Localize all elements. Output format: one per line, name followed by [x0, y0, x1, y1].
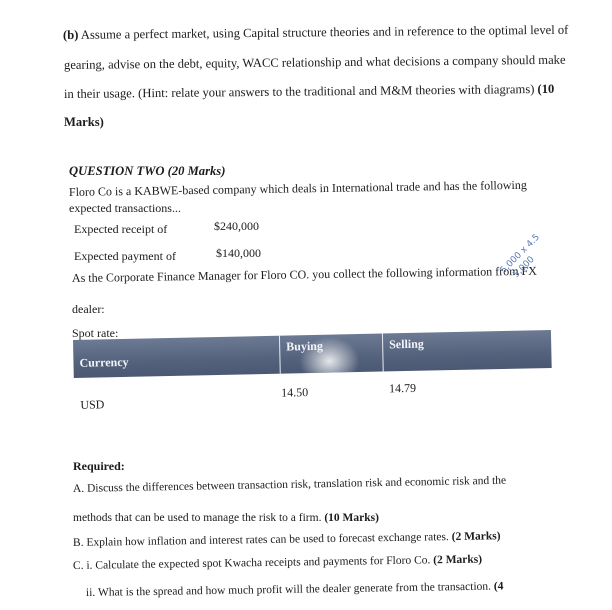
item-c-i-marks: (2 Marks): [433, 554, 482, 567]
header-currency: Currency: [73, 336, 280, 378]
question-two-heading: QUESTION TWO (20 Marks): [69, 164, 225, 179]
item-c-ii-marks: (4: [494, 580, 504, 592]
required-heading: Required:: [73, 459, 125, 474]
manager-line-1: As the Corporate Finance Manager for Flo…: [72, 264, 537, 286]
item-b: B. Explain how inflation and interest ra…: [73, 530, 501, 549]
cell-buying: 14.50: [281, 385, 308, 401]
item-a-line-1: A. Discuss the differences between trans…: [73, 475, 506, 495]
spot-rate-table: Currency Buying Selling USD 14.50 14.79: [73, 330, 552, 380]
part-b-line-2: gearing, advise on the debt, equity, WAC…: [64, 53, 566, 73]
part-b-marks-continued: Marks): [64, 115, 104, 130]
cell-selling: 14.79: [389, 381, 416, 397]
item-a-text-2: methods that can be used to manage the r…: [73, 512, 324, 524]
part-b-marks: (10: [537, 82, 554, 96]
exam-page: (b) Assume a perfect market, using Capit…: [0, 0, 612, 610]
part-b-text-3: in their usage. (Hint: relate your answe…: [64, 82, 538, 101]
item-c-i-text: C. i. Calculate the expected spot Kwacha…: [73, 554, 433, 572]
cell-currency: USD: [80, 397, 104, 412]
part-b-line-1: (b) Assume a perfect market, using Capit…: [63, 23, 568, 43]
transaction-receipt-label: Expected receipt of: [74, 222, 167, 237]
item-b-text: B. Explain how inflation and interest ra…: [73, 531, 452, 549]
part-b-label: (b): [63, 28, 79, 42]
header-selling: Selling: [382, 330, 552, 372]
question-two-intro-2: expected transactions...: [69, 201, 181, 216]
item-b-marks: (2 Marks): [452, 530, 501, 543]
question-two-intro-1: Floro Co is a KABWE-based company which …: [69, 178, 527, 200]
item-a-line-2: methods that can be used to manage the r…: [73, 512, 379, 524]
transaction-payment-amount: $140,000: [216, 246, 261, 261]
item-c-ii-text: ii. What is the spread and how much prof…: [86, 581, 494, 599]
item-c-ii: ii. What is the spread and how much prof…: [86, 580, 504, 599]
table-header: Currency Buying Selling: [73, 330, 552, 378]
part-b-line-3: in their usage. (Hint: relate your answe…: [64, 82, 554, 102]
part-b-text-1: Assume a perfect market, using Capital s…: [78, 23, 568, 42]
transaction-payment-label: Expected payment of: [74, 249, 176, 264]
transaction-receipt-amount: $240,000: [214, 219, 259, 234]
item-a-marks: (10 Marks): [324, 512, 379, 524]
item-c-i: C. i. Calculate the expected spot Kwacha…: [73, 554, 482, 572]
manager-line-2: dealer:: [72, 302, 105, 317]
header-buying: Buying: [279, 334, 383, 374]
